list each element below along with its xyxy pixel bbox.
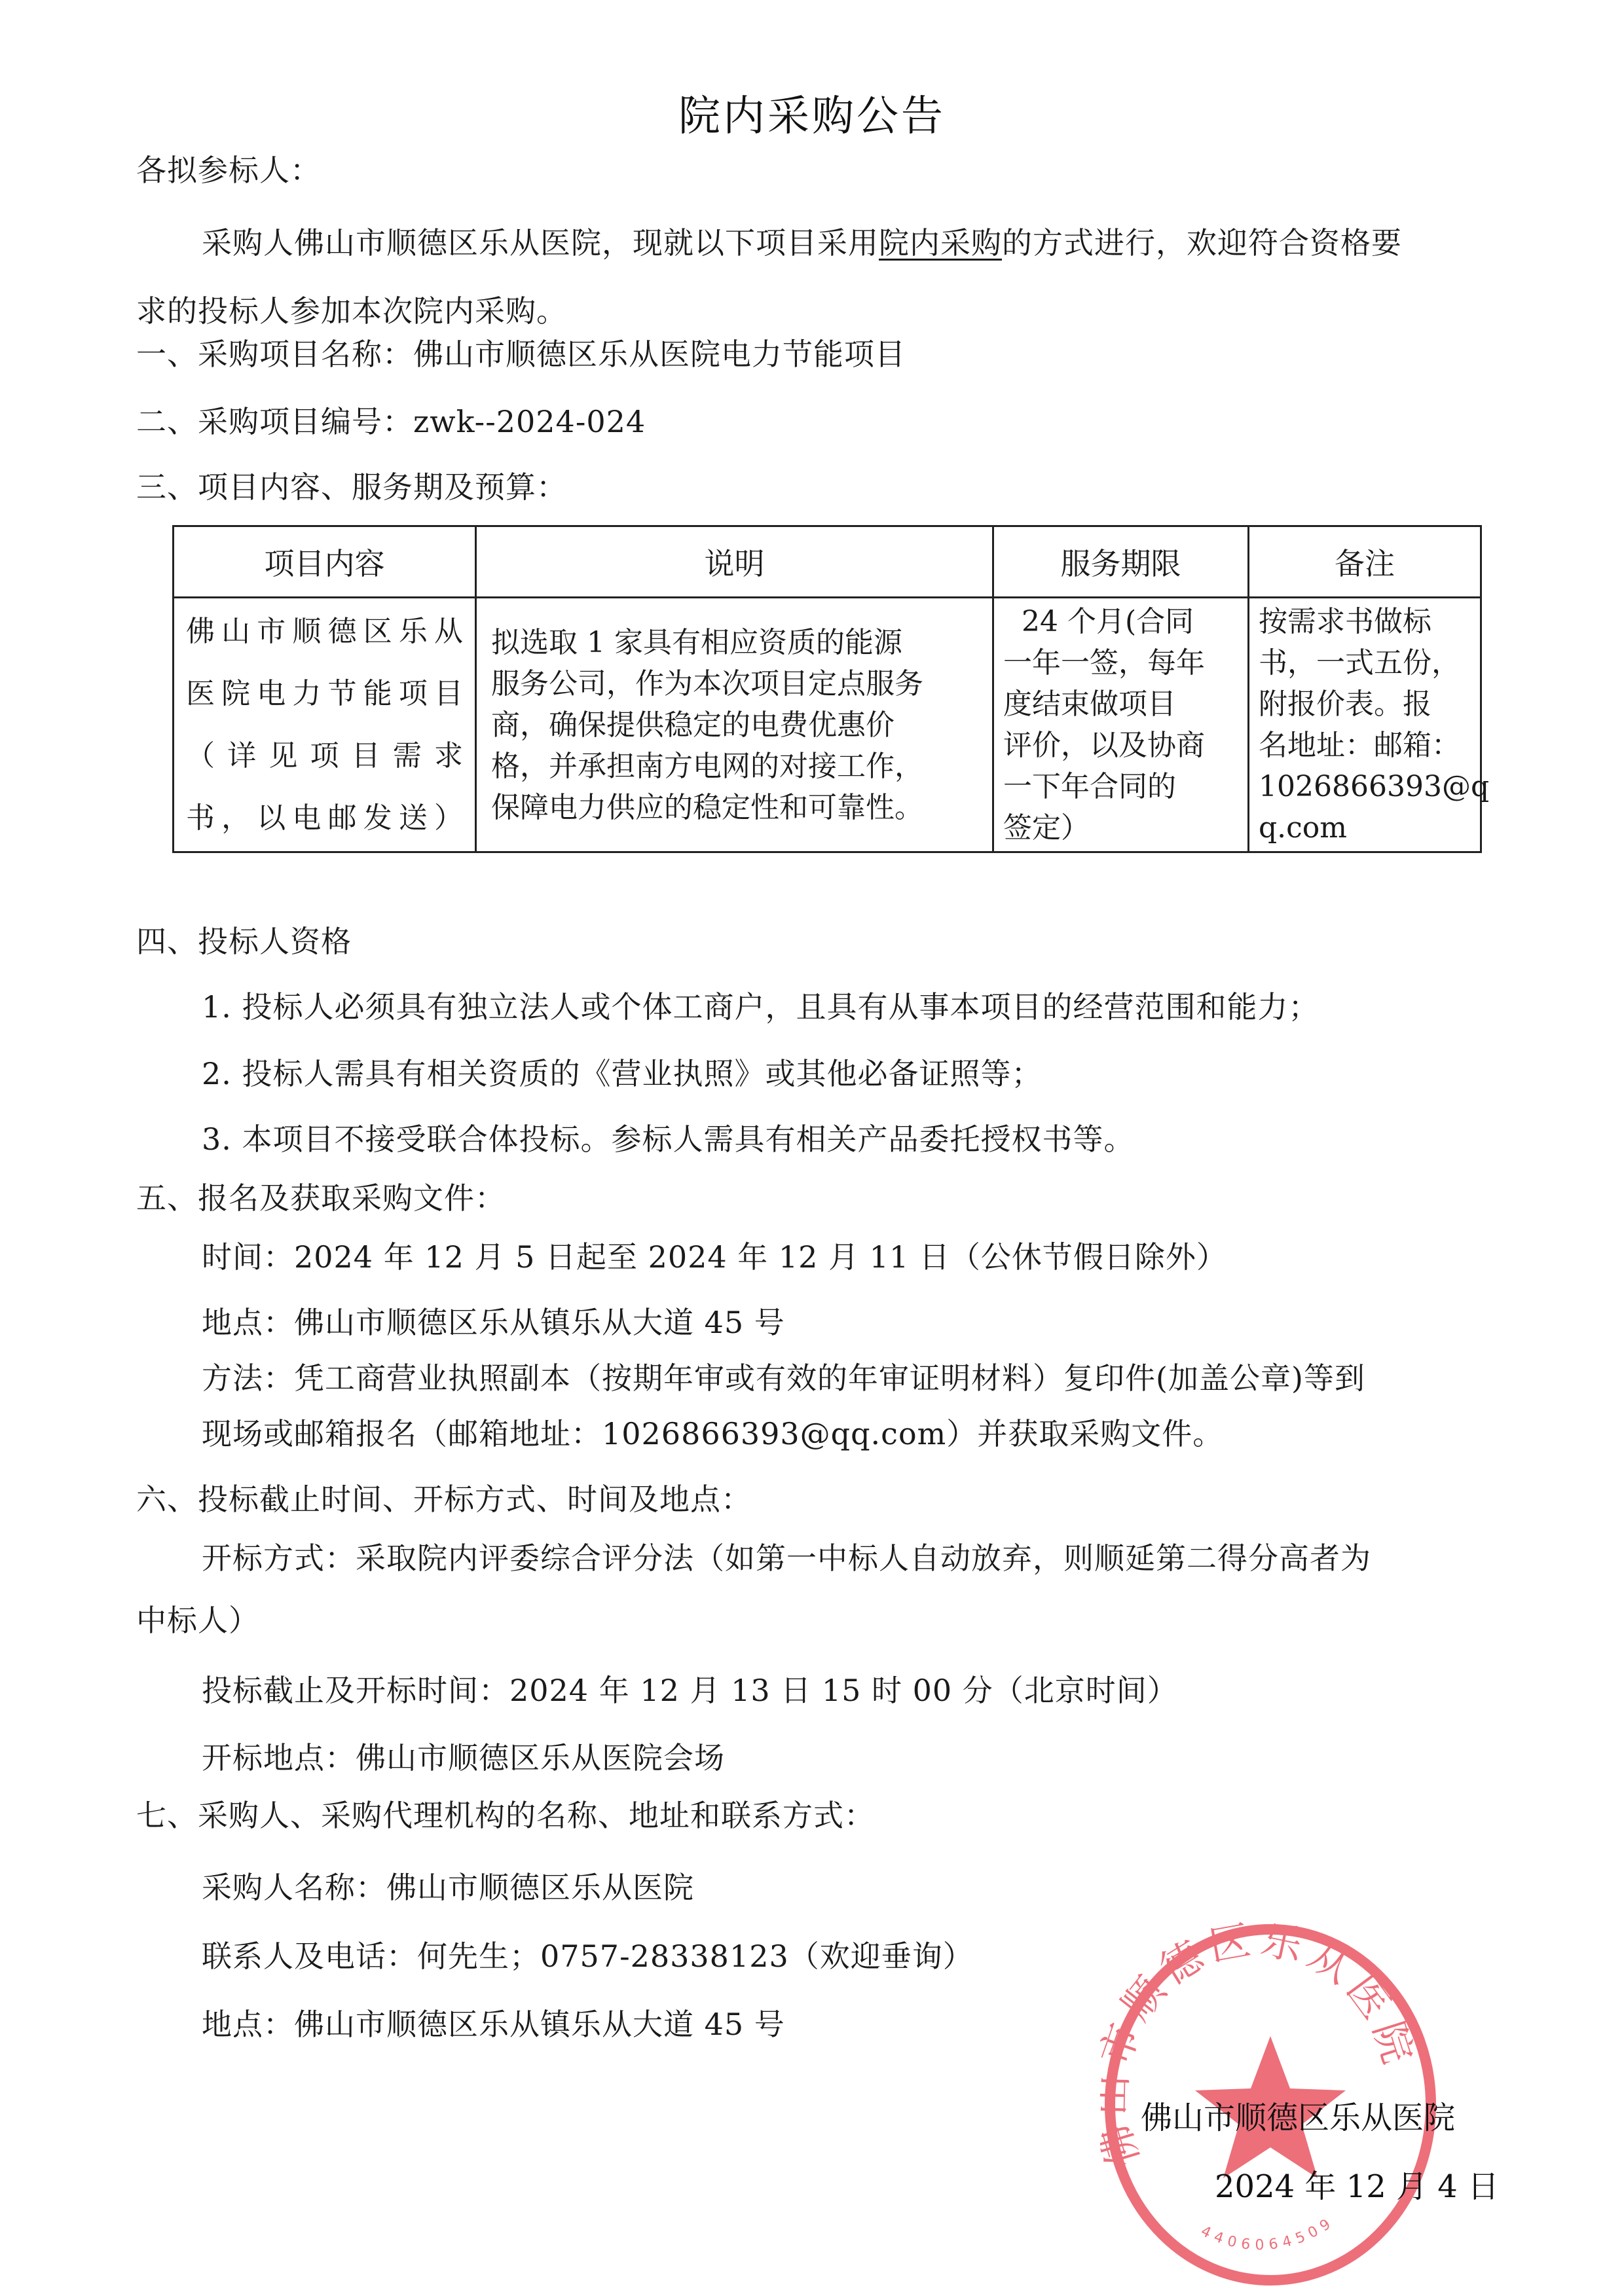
registration-method-line-2: 现场或邮箱报名（邮箱地址：1026866393@qq.com）并获取采购文件。 — [202, 1414, 1223, 1453]
section-6-heading: 六、投标截止时间、开标方式、时间及地点： — [136, 1480, 752, 1519]
cell-description: 拟选取 1 家具有相应资质的能源 服务公司，作为本次项目定点服务 商，确保提供稳… — [476, 598, 993, 852]
cell-line: 医院电力节能项目 — [186, 663, 463, 725]
cell-line: 一下年合同的 — [1003, 766, 1238, 807]
bid-opening-place: 开标地点：佛山市顺德区乐从医院会场 — [202, 1738, 725, 1777]
salutation: 各拟参标人： — [136, 151, 321, 190]
cell-line: 签定） — [1003, 807, 1238, 848]
section-1-project-name: 一、采购项目名称：佛山市顺德区乐从医院电力节能项目 — [136, 335, 906, 374]
intro-text-cont: 的方式进行，欢迎符合资格要 — [1002, 225, 1402, 261]
purchaser-address: 地点：佛山市顺德区乐从镇乐从大道 45 号 — [202, 2005, 785, 2044]
cell-line: 评价，以及协商 — [1003, 725, 1238, 766]
purchaser-name: 采购人名称：佛山市顺德区乐从医院 — [202, 1868, 694, 1907]
header-description: 说明 — [476, 526, 993, 598]
section-5-heading: 五、报名及获取采购文件： — [136, 1178, 506, 1218]
purchaser-contact: 联系人及电话：何先生；0757-28338123（欢迎垂询） — [202, 1937, 974, 1976]
cell-line: 一年一签，每年 — [1003, 642, 1238, 683]
section-7-heading: 七、采购人、采购代理机构的名称、地址和联系方式： — [136, 1796, 875, 1835]
cell-line: （详见项目需求 — [186, 725, 463, 787]
cell-line: 24 个月(合同 — [1003, 601, 1238, 642]
cell-line: 书，一式五份， — [1259, 642, 1471, 683]
cell-line: 格，并承担南方电网的对接工作， — [491, 746, 978, 787]
section-2-project-number: 二、采购项目编号：zwk--2024-024 — [136, 402, 646, 441]
header-item-content: 项目内容 — [174, 526, 476, 598]
cell-line: 按需求书做标 — [1259, 601, 1471, 642]
table-header-row: 项目内容 说明 服务期限 备注 — [174, 526, 1481, 598]
signature-date: 2024 年 12 月 4 日 — [1215, 2167, 1499, 2206]
qualification-item-3: 3. 本项目不接受联合体投标。参标人需具有相关产品委托授权书等。 — [202, 1120, 1135, 1159]
bid-deadline: 投标截止及开标时间：2024 年 12 月 13 日 15 时 00 分（北京时… — [202, 1671, 1178, 1710]
qualification-item-1: 1. 投标人必须具有独立法人或个体工商户，且具有从事本项目的经营范围和能力； — [202, 987, 1319, 1027]
cell-line: 附报价表。报 — [1259, 683, 1471, 725]
section-3-heading: 三、项目内容、服务期及预算： — [136, 467, 567, 507]
cell-line: 保障电力供应的稳定性和可靠性。 — [491, 787, 978, 828]
cell-line: 名地址：邮箱： — [1259, 725, 1471, 766]
bid-opening-method-line-2: 中标人） — [136, 1601, 259, 1640]
cell-item-content: 佛山市顺德区乐从 医院电力节能项目 （详见项目需求 书，以电邮发送） — [174, 598, 476, 852]
qualification-item-2: 2. 投标人需具有相关资质的《营业执照》或其他必备证照等； — [202, 1054, 1043, 1093]
cell-remarks: 按需求书做标 书，一式五份， 附报价表。报 名地址：邮箱： 1026866393… — [1249, 598, 1481, 852]
table-row: 佛山市顺德区乐从 医院电力节能项目 （详见项目需求 书，以电邮发送） 拟选取 1… — [174, 598, 1481, 852]
intro-line-2: 求的投标人参加本次院内采购。 — [136, 291, 567, 331]
intro-line-1: 采购人佛山市顺德区乐从医院，现就以下项目采用院内采购的方式进行，欢迎符合资格要 — [202, 223, 1402, 263]
project-table: 项目内容 说明 服务期限 备注 佛山市顺德区乐从 医院电力节能项目 （详见项目需… — [172, 525, 1482, 853]
signature-organization: 佛山市顺德区乐从医院 — [1141, 2098, 1455, 2138]
registration-time: 时间：2024 年 12 月 5 日起至 2024 年 12 月 11 日（公休… — [202, 1237, 1227, 1277]
cell-service-term: 24 个月(合同 一年一签，每年 度结束做项目 评价，以及协商 一下年合同的 签… — [993, 598, 1249, 852]
cell-line: 服务公司，作为本次项目定点服务 — [491, 663, 978, 704]
page-title: 院内采购公告 — [0, 90, 1624, 143]
registration-place: 地点：佛山市顺德区乐从镇乐从大道 45 号 — [202, 1303, 785, 1342]
document-page: 院内采购公告 各拟参标人： 采购人佛山市顺德区乐从医院，现就以下项目采用院内采购… — [0, 0, 1624, 2296]
header-remarks: 备注 — [1249, 526, 1481, 598]
email-link[interactable]: 1026866393@q — [1259, 766, 1471, 807]
cell-line: q.com — [1259, 807, 1471, 848]
intro-text: 采购人佛山市顺德区乐从医院，现就以下项目采用 — [202, 225, 879, 261]
cell-line: 佛山市顺德区乐从 — [186, 600, 463, 663]
cell-line: 商，确保提供稳定的电费优惠价 — [491, 704, 978, 746]
cell-line: 拟选取 1 家具有相应资质的能源 — [491, 622, 978, 663]
section-4-heading: 四、投标人资格 — [136, 922, 352, 961]
bid-opening-method-line-1: 开标方式：采取院内评委综合评分法（如第一中标人自动放弃，则顺延第二得分高者为 — [202, 1539, 1371, 1578]
cell-line: 书，以电邮发送） — [186, 787, 463, 849]
seal-code: 4406064509 — [1198, 2214, 1338, 2254]
registration-method-line-1: 方法：凭工商营业执照副本（按期年审或有效的年审证明材料）复印件(加盖公章)等到 — [202, 1358, 1365, 1398]
cell-line: 度结束做项目 — [1003, 683, 1238, 725]
header-service-term: 服务期限 — [993, 526, 1249, 598]
procurement-method-link: 院内采购 — [879, 225, 1002, 261]
